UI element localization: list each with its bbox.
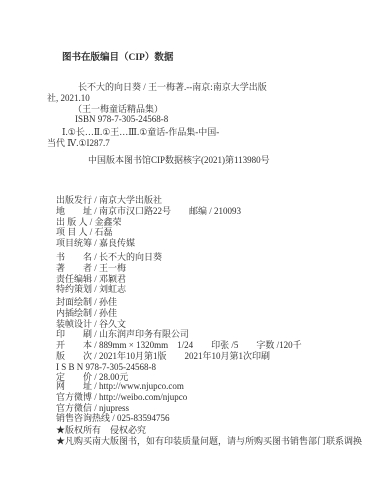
production-info-line: 封面绘制 / 孙佳 (56, 297, 302, 308)
copyright-notice: ★凡购买南大版图书，如有印装质量问题，请与所购买图书销售部门联系调换 (56, 436, 362, 447)
production-info-line: 内插绘制 / 孙佳 (56, 308, 302, 319)
contact-info-line: 官方微信 / njupress (56, 403, 187, 414)
publisher-info-line: 项 目 人 / 石磊 (56, 227, 241, 238)
book-info-block: 书 名 / 长不大的向日葵 著 者 / 王一梅 责任编辑 / 邓颖君 特约策划 … (56, 252, 162, 295)
publisher-info-line: 出 版 人 / 金鑫荣 (56, 217, 241, 228)
production-info-line: 装帧设计 / 谷久文 (56, 319, 302, 330)
contact-info-line: 网 址 / http://www.njupco.com (56, 381, 187, 392)
copyright-notice-block: ★版权所有 侵权必究 ★凡购买南大版图书，如有印装质量问题，请与所购买图书销售部… (56, 425, 362, 447)
cip-series: （王一梅童话精品集） (47, 104, 267, 115)
cip-classification-line: 当代 Ⅳ.①I287.7 (47, 138, 219, 149)
publisher-info-line: 项目统筹 / 嘉良传媒 (56, 238, 241, 249)
book-info-line: 著 者 / 王一梅 (56, 263, 162, 274)
book-info-line: 责任编辑 / 邓颖君 (56, 274, 162, 285)
production-info-line: 印 刷 / 山东润声印务有限公司 (56, 329, 302, 340)
cip-entry-line: 社, 2021.10 (47, 93, 267, 104)
cip-record-number: 中国版本图书馆CIP数据核字(2021)第113980号 (88, 155, 270, 166)
publisher-info-line: 地 址 / 南京市汉口路22号 邮编 / 210093 (56, 206, 241, 217)
contact-info-line: 销售咨询热线 / 025-83594756 (56, 413, 187, 424)
publisher-info-block: 出版发行 / 南京大学出版社 地 址 / 南京市汉口路22号 邮编 / 2100… (56, 195, 241, 249)
production-info-line: 开 本 / 889mm × 1320mm 1/24 印张 /5 字数 /120千 (56, 340, 302, 351)
cip-header: 图书在版编目（CIP）数据 (62, 53, 173, 64)
cip-classification-line: Ⅰ.①长…Ⅱ.①王…Ⅲ.①童话-作品集-中国- (47, 127, 219, 138)
book-colophon-page: 图书在版编目（CIP）数据 长不大的向日葵 / 王一梅著.--南京:南京大学出版… (0, 0, 375, 486)
copyright-notice: ★版权所有 侵权必究 (56, 425, 362, 436)
book-info-line: 特约策划 / 刘虹志 (56, 284, 162, 295)
production-isbn-line: I S B N 978-7-305-24568-8 (56, 362, 302, 373)
publisher-info-line: 出版发行 / 南京大学出版社 (56, 195, 241, 206)
contact-info-block: 网 址 / http://www.njupco.com 官方微博 / http:… (56, 381, 187, 424)
book-info-line: 书 名 / 长不大的向日葵 (56, 252, 162, 263)
cip-classification-block: Ⅰ.①长…Ⅱ.①王…Ⅲ.①童话-作品集-中国- 当代 Ⅳ.①I287.7 (47, 127, 219, 149)
cip-entry-line: 长不大的向日葵 / 王一梅著.--南京:南京大学出版 (47, 82, 267, 93)
production-info-line: 版 次 / 2021年10月第1版 2021年10月第1次印刷 (56, 351, 302, 362)
cip-entry-block: 长不大的向日葵 / 王一梅著.--南京:南京大学出版 社, 2021.10 （王… (47, 82, 267, 125)
production-info-block: 封面绘制 / 孙佳 内插绘制 / 孙佳 装帧设计 / 谷久文 印 刷 / 山东润… (56, 297, 302, 383)
cip-isbn: ISBN 978-7-305-24568-8 (47, 114, 267, 125)
contact-info-line: 官方微博 / http://weibo.com/njupco (56, 392, 187, 403)
